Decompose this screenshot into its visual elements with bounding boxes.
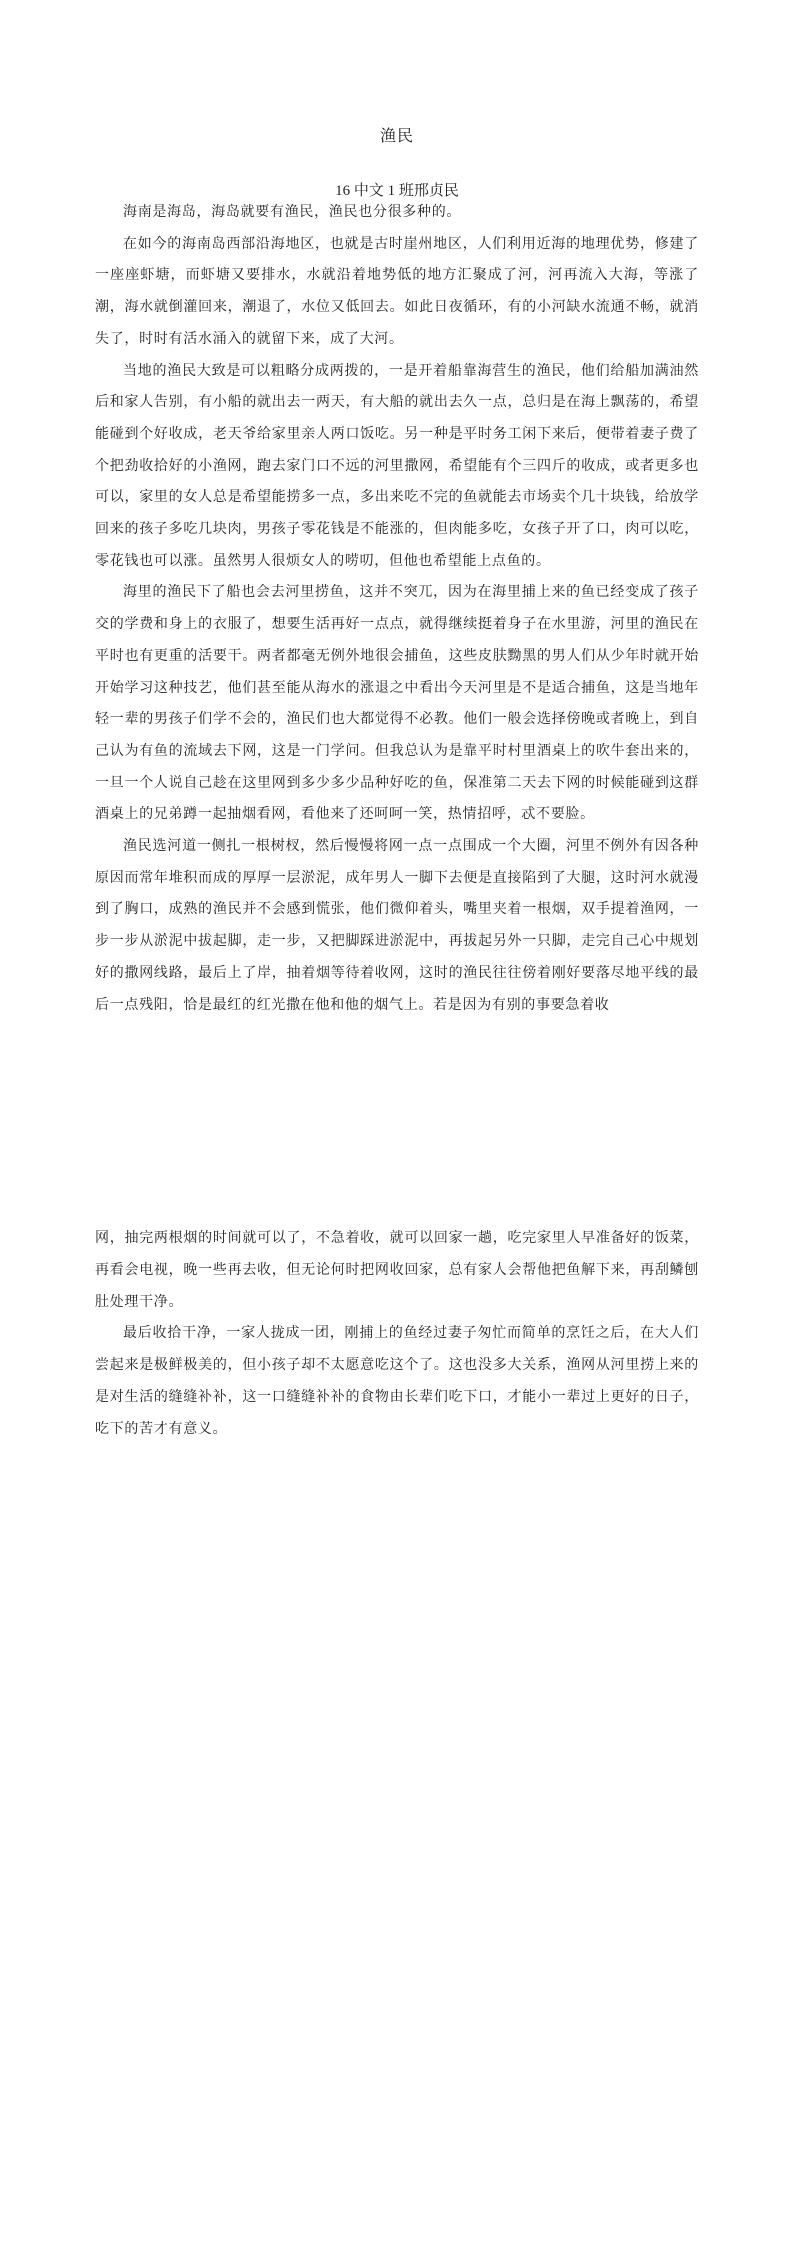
paragraph-5-part-1: 渔民选河道一侧扎一根树杈，然后慢慢将网一点一点围成一个大圈，河里不例外有因各种原…	[95, 831, 699, 1021]
paragraph-6: 最后收拾干净，一家人拢成一团，刚捕上的鱼经过妻子匆忙而简单的烹饪之后，在大人们尝…	[95, 1318, 699, 1445]
paragraph-2: 在如今的海南岛西部沿海地区，也就是古时崖州地区，人们利用近海的地理优势，修建了一…	[95, 229, 699, 356]
document-title: 渔民	[95, 121, 699, 153]
paragraph-1: 海南是海岛，海岛就要有渔民，渔民也分很多种的。	[95, 197, 699, 229]
document-page: 渔民 16 中文 1 班邢贞民 海南是海岛，海岛就要有渔民，渔民也分很多种的。 …	[95, 0, 699, 1445]
paragraph-5-part-2: 网，抽完两根烟的时间就可以了，不急着收，就可以回家一趟，吃完家里人早准备好的饭菜…	[95, 1223, 699, 1318]
page-break-gap	[95, 1021, 699, 1223]
paragraph-3: 当地的渔民大致是可以粗略分成两拨的，一是开着船靠海营生的渔民，他们给船加满油然后…	[95, 356, 699, 578]
paragraph-4: 海里的渔民下了船也会去河里捞鱼，这并不突兀，因为在海里捕上来的鱼已经变成了孩子交…	[95, 577, 699, 831]
